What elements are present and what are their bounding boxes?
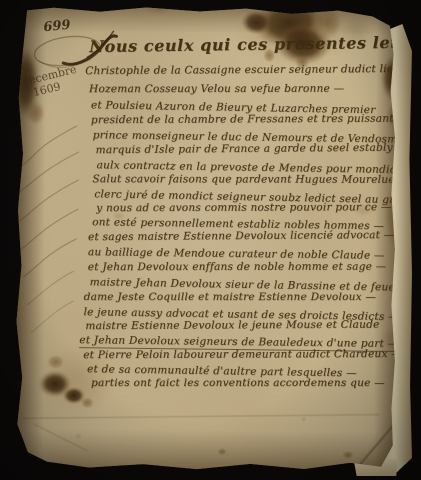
manuscript-line: et Pierre Peloin laboureur demeurant aud… xyxy=(83,348,399,361)
manuscript-line: maistre Estienne Devoloux le jeune Mouse… xyxy=(85,319,379,333)
manuscript-line: y nous ad ce avons commis nostre pouvoir… xyxy=(96,201,391,214)
manuscript-line: marquis d'Isle pair de France a garde du… xyxy=(96,142,393,157)
manuscript-text: Nous ceulx qui ces presentes lettres ver… xyxy=(12,5,399,474)
manuscript-heading: Nous ceulx qui ces presentes lettres ver… xyxy=(89,31,399,56)
manuscript-line: dame Jeste Coquille et maistre Estienne … xyxy=(84,291,377,303)
manuscript-line: et Jehan Devoloux enffans de noble homme… xyxy=(88,261,387,274)
manuscript-scan: 699 decembre 1609 Nous ceulx qui ces pre… xyxy=(0,0,421,480)
manuscript-line: Salut scavoir faisons que pardevant Hugu… xyxy=(92,173,399,186)
manuscript-line: Hozeman Cosseuay Velou sa vefue baronne … xyxy=(89,83,344,95)
manuscript-page: 699 decembre 1609 Nous ceulx qui ces pre… xyxy=(12,5,399,474)
manuscript-line: president de la chambre de Fressanes et … xyxy=(91,113,394,127)
manuscript-line: et sages maistre Estienne Devoloux licen… xyxy=(88,229,394,243)
manuscript-line: Christophle de la Cassaigne escuier seig… xyxy=(85,63,399,77)
manuscript-line: parties ont faict les conventions accord… xyxy=(91,377,385,389)
manuscript-line: au bailliage de Mendoue curateur de nobl… xyxy=(88,246,385,262)
